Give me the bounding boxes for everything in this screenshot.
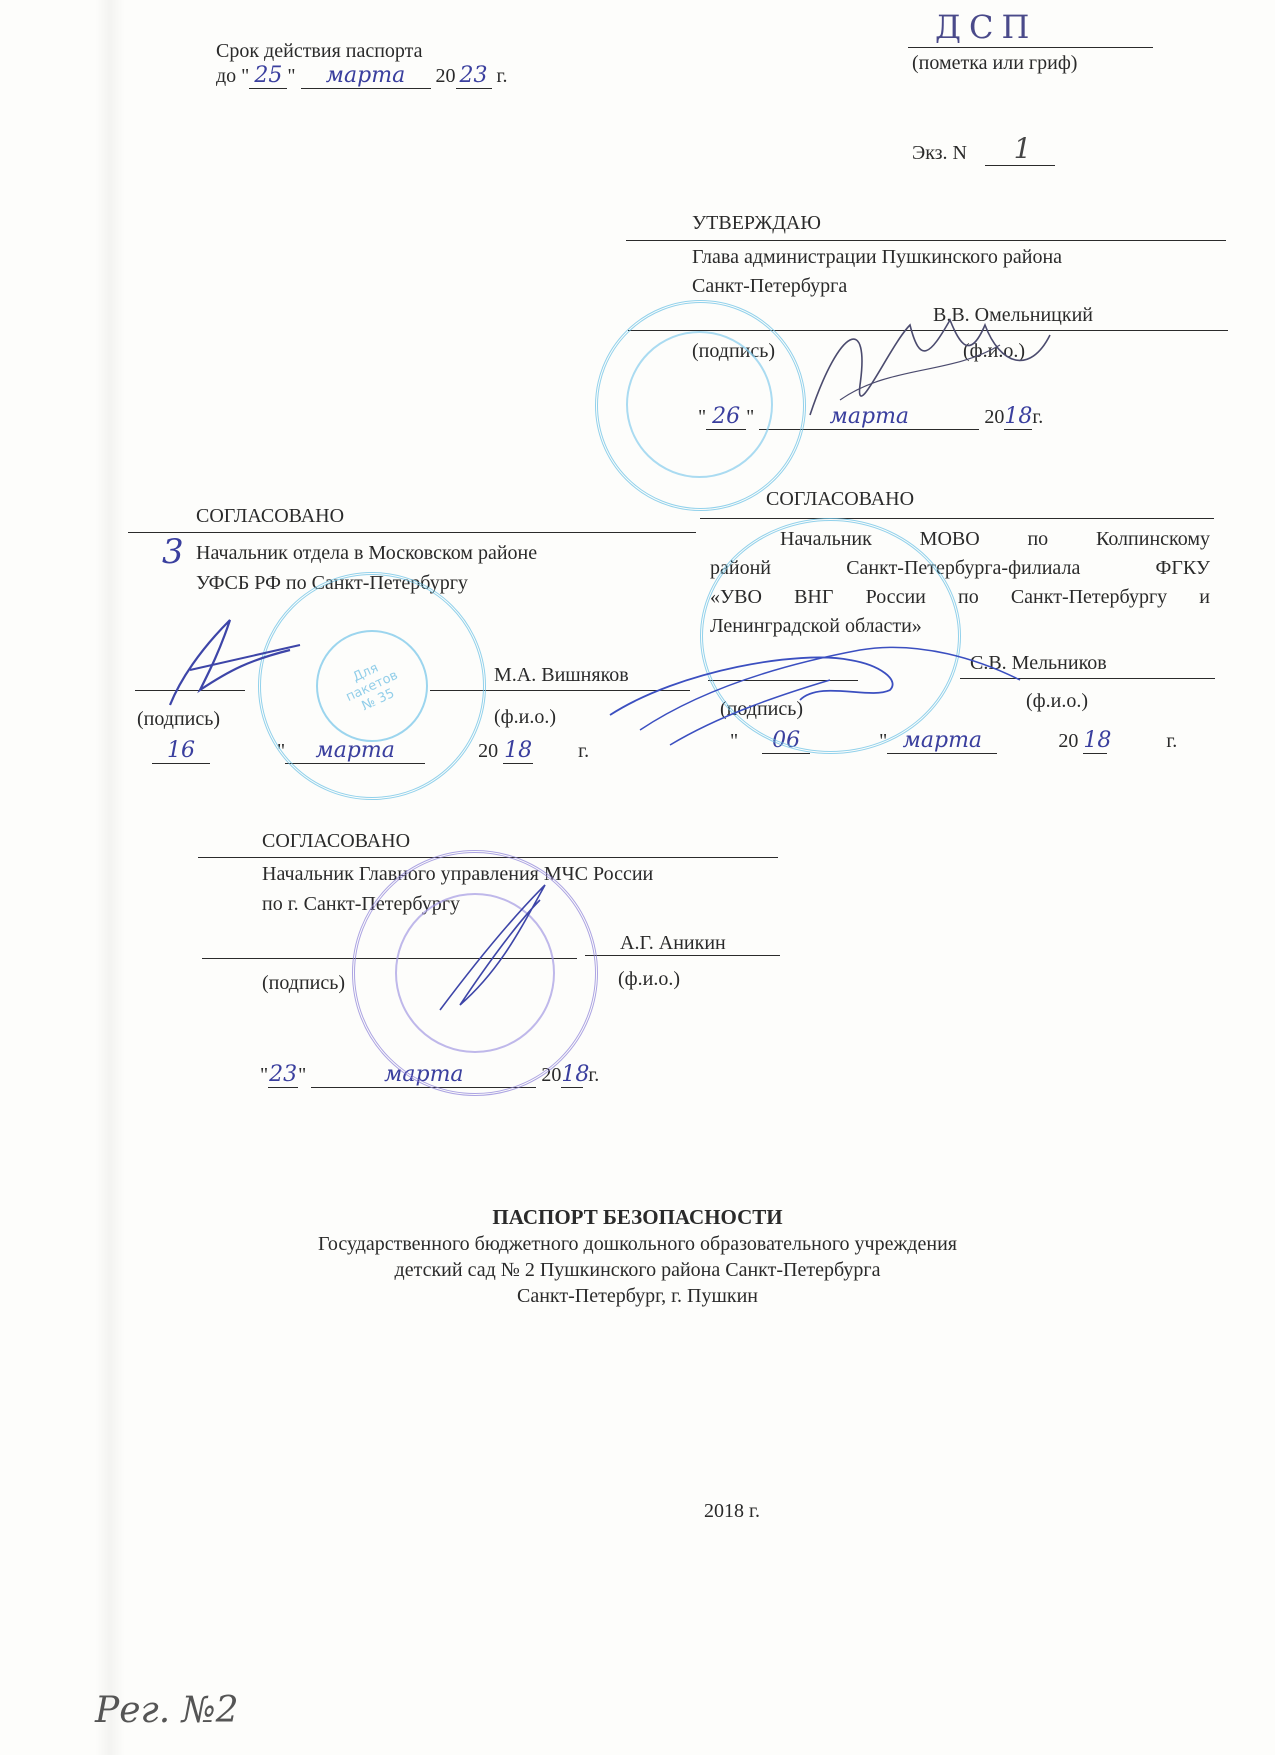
classification-mark: ДСП <box>935 8 1037 46</box>
agreement-fsb-heading-line <box>128 532 696 533</box>
agreement-fsb-heading: СОГЛАСОВАНО <box>196 505 344 528</box>
approval-position-line2: Санкт-Петербурга <box>692 275 847 298</box>
agreement-fsb-annotation: 3 <box>162 532 184 572</box>
validity-prefix: до " <box>216 65 249 87</box>
classification-line <box>908 47 1153 48</box>
agreement-movo-date-year-prefix: 20 <box>1058 730 1078 752</box>
copy-number: 1 <box>990 132 1055 165</box>
agreement-fsb-name-caption: (ф.и.о.) <box>494 706 556 729</box>
agreement-fsb-date-day: 16 <box>152 738 210 764</box>
agreement-mchs-date-suffix: г. <box>588 1064 599 1086</box>
agreement-mchs-name: А.Г. Аникин <box>620 932 726 955</box>
agreement-mchs-name-line <box>585 955 780 956</box>
agreement-fsb-position-line1: Начальник отдела в Московском районе <box>196 542 537 565</box>
agreement-fsb-signature-icon <box>140 610 330 710</box>
validity-label: Срок действия паспорта <box>216 40 423 63</box>
document-year: 2018 г. <box>704 1500 760 1523</box>
approval-signature-icon <box>800 305 1060 445</box>
validity-month: марта <box>301 63 431 89</box>
agreement-mchs-name-caption: (ф.и.о.) <box>618 968 680 991</box>
validity-quote: " <box>287 65 295 87</box>
agreement-fsb-signature-caption: (подпись) <box>137 708 220 731</box>
validity-year-suffix: 23 <box>456 63 492 89</box>
agreement-mchs-date-day: 23 <box>268 1062 298 1088</box>
agreement-mchs-signature-caption: (подпись) <box>262 972 345 995</box>
document-title: ПАСПОРТ БЕЗОПАСНОСТИ <box>0 1205 1275 1230</box>
classification-caption: (пометка или гриф) <box>912 52 1077 75</box>
validity-date: до "25" марта 2023 г. <box>216 63 507 89</box>
validity-day: 25 <box>249 63 287 89</box>
agreement-mchs-signature-icon <box>420 880 560 1020</box>
agreement-fsb-date-year-prefix: 20 <box>478 740 498 762</box>
agreement-movo-date-suffix: г. <box>1166 730 1177 752</box>
registration-note: Рег. №2 <box>95 1690 239 1731</box>
agreement-fsb-date-year-suffix: 18 <box>503 738 533 764</box>
page-fold-shadow <box>95 0 125 1755</box>
validity-suffix: г. <box>497 65 508 87</box>
agreement-fsb-date-suffix: г. <box>578 740 589 762</box>
agreement-movo-date-year-suffix: 18 <box>1083 728 1107 754</box>
agreement-movo-heading-line <box>700 518 1214 519</box>
document-subtitle-line3: Санкт-Петербург, г. Пушкин <box>0 1285 1275 1308</box>
fsb-stamp-text: Для пакетов № 35 <box>331 651 413 721</box>
copy-label: Экз. N <box>912 142 967 165</box>
agreement-mchs-heading: СОГЛАСОВАНО <box>262 830 410 853</box>
approval-heading-line <box>626 240 1226 241</box>
agreement-movo-signature-icon <box>600 620 1030 750</box>
document-subtitle-line1: Государственного бюджетного дошкольного … <box>0 1233 1275 1256</box>
validity-year-prefix: 20 <box>436 65 456 87</box>
agreement-mchs-date-year-suffix: 18 <box>561 1062 583 1088</box>
approval-position-line1: Глава администрации Пушкинского района <box>692 246 1062 269</box>
agreement-movo-heading: СОГЛАСОВАНО <box>766 488 914 511</box>
approval-heading: УТВЕРЖДАЮ <box>692 212 821 235</box>
document-subtitle-line2: детский сад № 2 Пушкинского района Санкт… <box>0 1259 1275 1282</box>
administration-stamp <box>595 300 806 511</box>
agreement-movo-name-caption: (ф.и.о.) <box>1026 690 1088 713</box>
copy-number-line <box>985 165 1055 166</box>
